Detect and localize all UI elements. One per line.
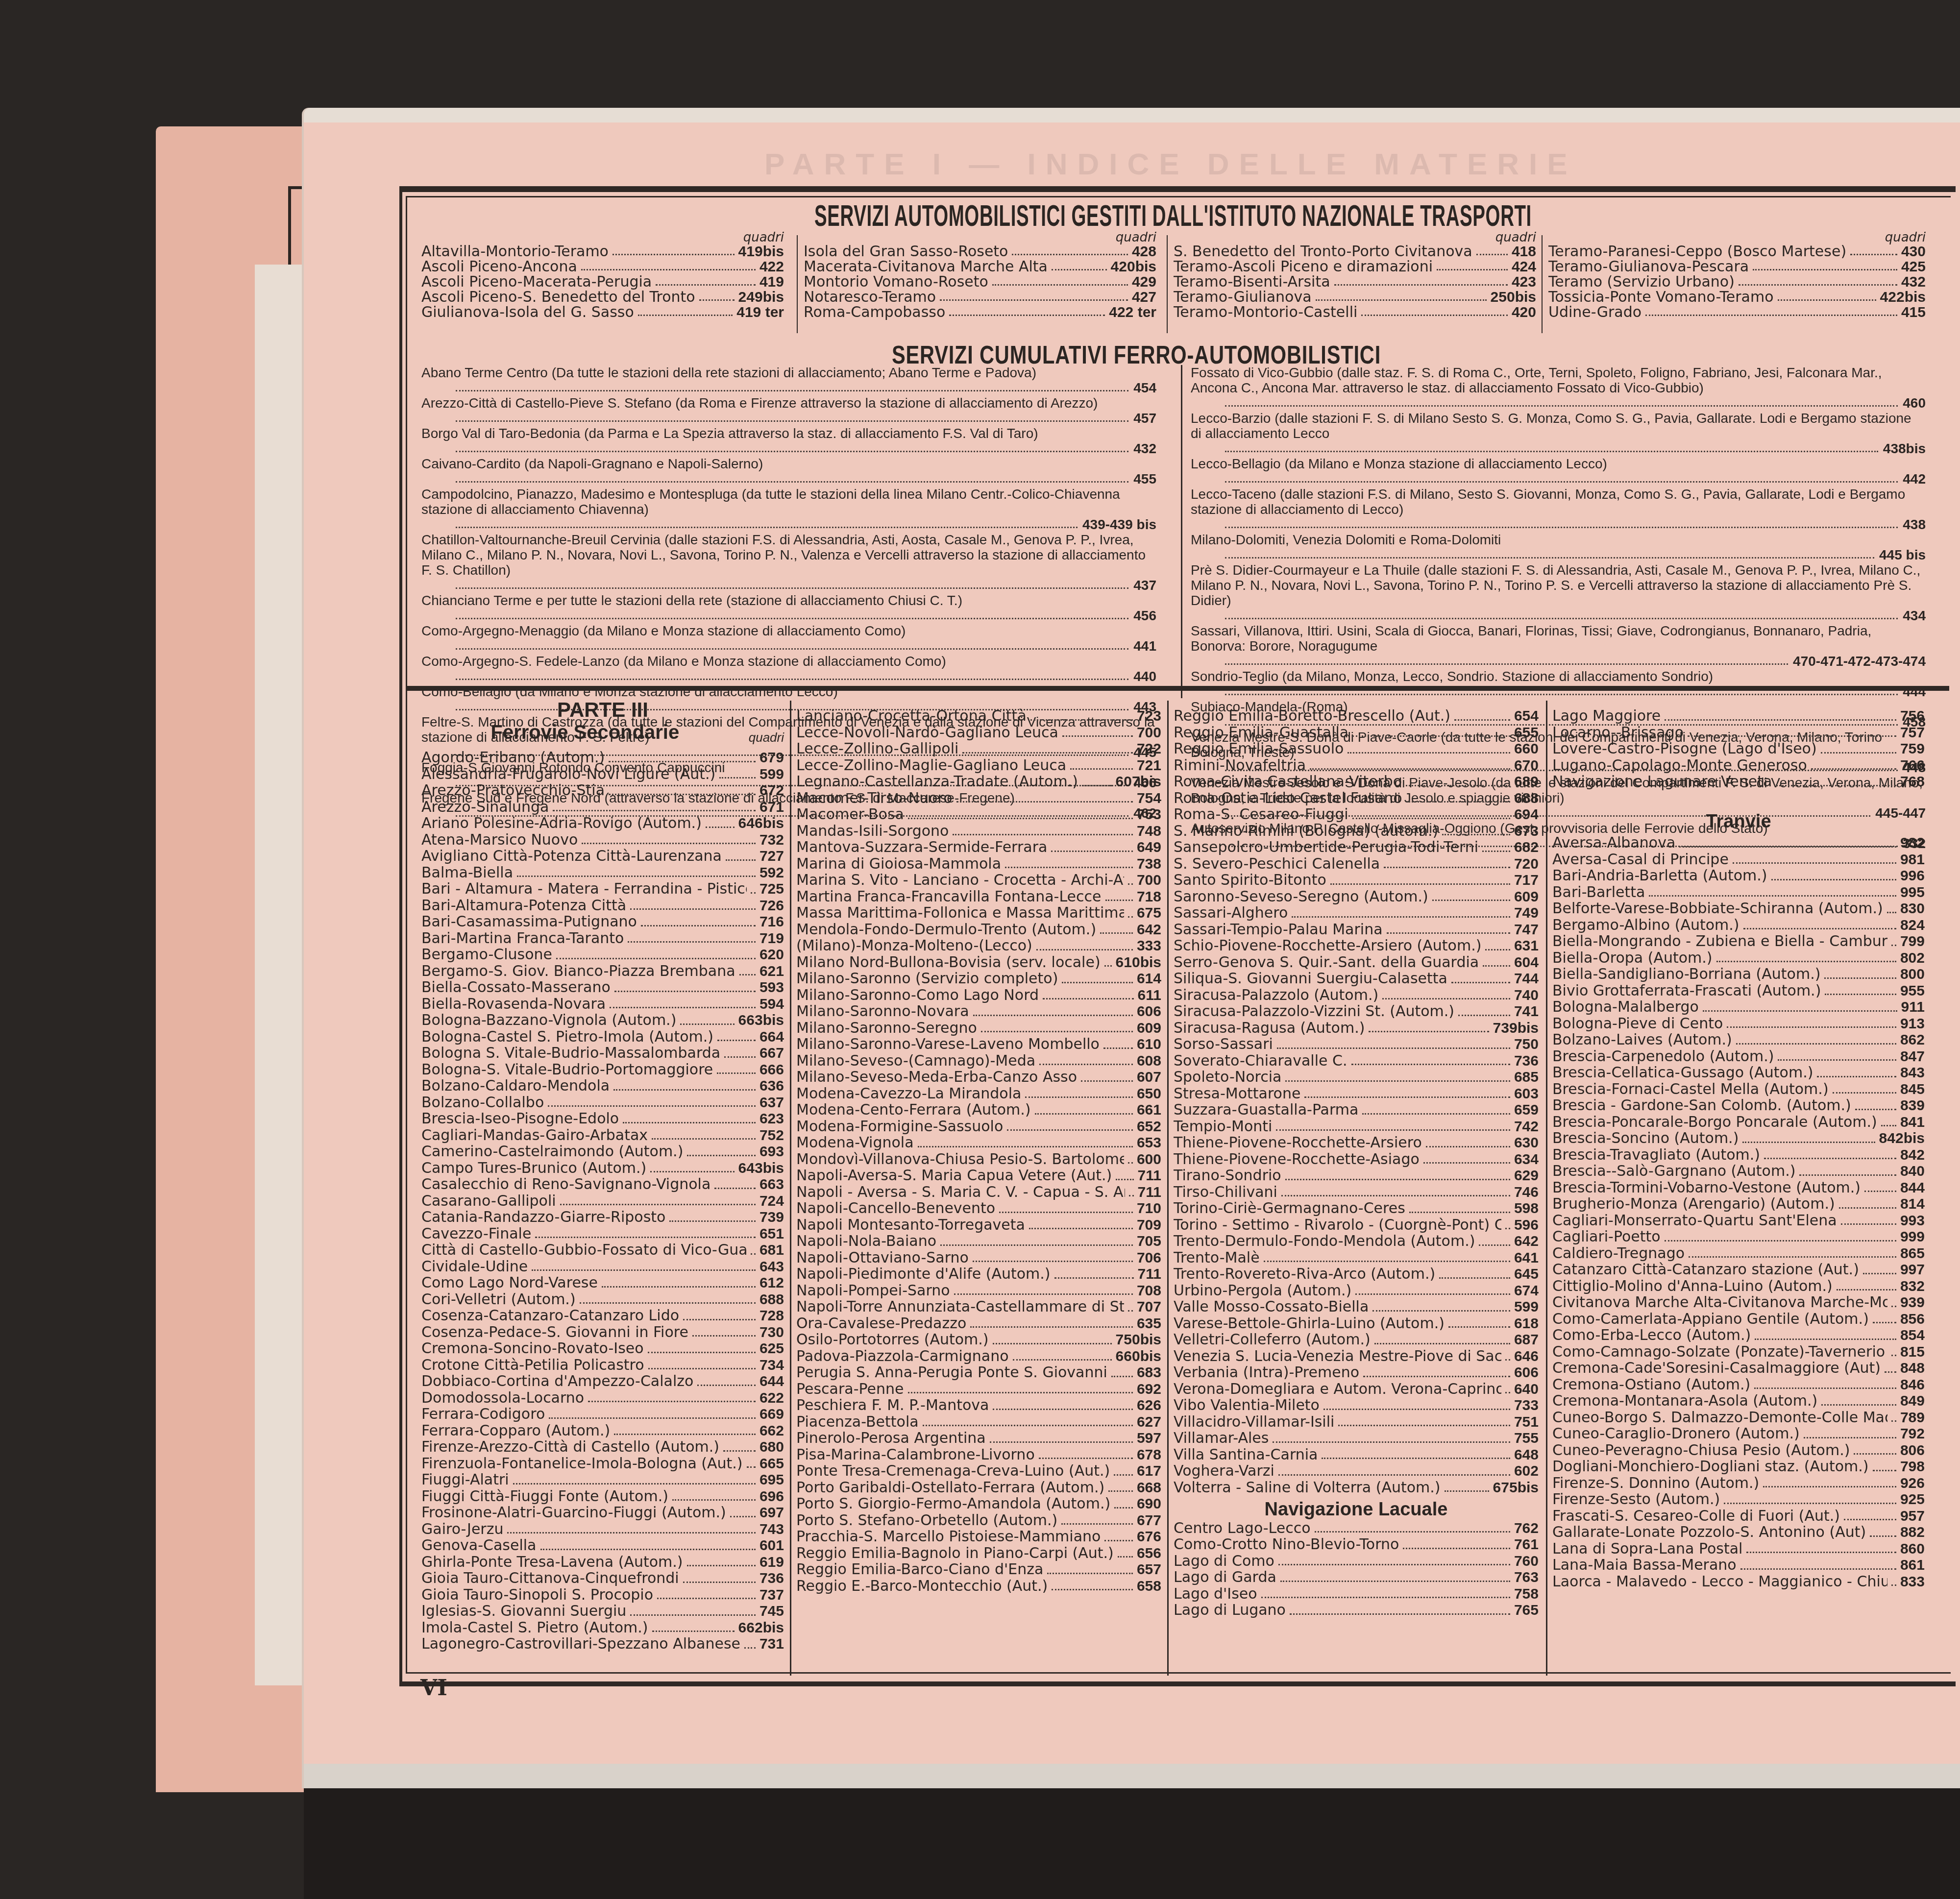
entry-quadro: 997 — [1900, 1262, 1925, 1278]
index-entry: Porto S. Stefano-Orbetello (Autom.)677 — [796, 1512, 1161, 1529]
entry-name: Siracusa-Palazzolo-Vizzini St. (Autom.) — [1174, 1003, 1454, 1020]
quadri-label: quadri — [421, 231, 784, 244]
entry-name: Volterra - Saline di Volterra (Autom.) — [1174, 1480, 1441, 1496]
index-entry: Bari-Casamassima-Putignano716 — [421, 914, 784, 930]
int-section-title: SERVIZI AUTOMOBILISTICI GESTITI DALL'IST… — [814, 198, 1532, 233]
entry-name: Macomer-Tirso-Nuoro — [796, 790, 953, 807]
index-entry: Bologna S. Vitale-Budrio-Massalombarda66… — [421, 1045, 784, 1062]
dot-leader — [507, 1532, 755, 1534]
entry-quadro: 454 — [1133, 380, 1156, 395]
dot-leader — [1081, 1080, 1133, 1082]
dot-leader — [1423, 1162, 1510, 1164]
cumulativo-entry: Lecco-Taceno (dalle stazioni F.S. di Mil… — [1191, 487, 1926, 532]
dot-leader — [1043, 998, 1134, 999]
entry-name: Sansepolcro-Umbertide-Perugia-Todi-Terni — [1174, 839, 1478, 856]
entry-name: Roma-Civita Castellana-Viterbo — [1174, 774, 1402, 790]
index-entry: Lugano-Capolago-Monte Generoso766 — [1552, 757, 1925, 774]
entry-quadro: 610bis — [1116, 954, 1161, 971]
cumulativo-name: Borgo Val di Taro-Bedonia — [421, 426, 584, 441]
entry-quadro: 656 — [1137, 1545, 1161, 1562]
page-top-edge — [304, 108, 1960, 122]
entry-name: Perugia S. Anna-Perugia Ponte S. Giovann… — [796, 1364, 1107, 1381]
entry-quadro: 682 — [1514, 839, 1539, 856]
index-entry: Piacenza-Bettola627 — [796, 1414, 1161, 1431]
entry-quadro: 706 — [1137, 1250, 1161, 1266]
entry-name: Tirso-Chilivani — [1174, 1184, 1277, 1201]
cumulativo-name: Milano-Dolomiti, Venezia Dolomiti e Roma… — [1191, 532, 1501, 547]
entry-quadro: 648 — [1514, 1447, 1539, 1463]
entry-quadro: 860 — [1900, 1541, 1925, 1558]
index-entry: Marina di Gioiosa-Mammola738 — [796, 856, 1161, 873]
entry-name: Fiuggi-Alatri — [421, 1472, 509, 1488]
cumulativo-entry: Sondrio-Teglio (da Milano, Monza, Lecco,… — [1191, 669, 1926, 699]
entry-name: Santo Spirito-Bitonto — [1174, 872, 1326, 889]
dot-leader — [1273, 1441, 1510, 1443]
entry-quadro: 707 — [1137, 1299, 1161, 1315]
entry-quadro: 711 — [1138, 1184, 1161, 1201]
dot-leader — [1128, 1162, 1133, 1164]
entry-name: Ora-Cavalese-Predazzo — [796, 1315, 966, 1332]
dot-leader — [1439, 1277, 1510, 1279]
entry-quadro: 711 — [1138, 1168, 1161, 1184]
dot-leader — [1753, 269, 1897, 270]
cumulativo-entry: Campodolcino, Pianazzo, Madesimo e Monte… — [421, 487, 1156, 532]
entry-quadro: 658 — [1137, 1578, 1161, 1595]
entry-quadro: 999 — [1900, 1229, 1925, 1245]
entry-name: Lugano-Capolago-Monte Generoso — [1552, 757, 1807, 774]
entry-name: Brescia - Gardone-San Colomb. (Autom.) — [1552, 1097, 1851, 1114]
entry-quadro: 650 — [1137, 1086, 1161, 1102]
dot-leader — [1771, 879, 1896, 880]
entry-quadro: 738 — [1137, 856, 1161, 873]
entry-quadro: 842bis — [1879, 1130, 1925, 1147]
entry-name: Cittiglio-Molino d'Anna-Luino (Autom.) — [1552, 1278, 1833, 1295]
entry-quadro: 740 — [1514, 987, 1539, 1004]
index-entry: Teramo (Servizio Urbano)432 — [1548, 274, 1926, 290]
dot-leader — [1225, 481, 1898, 483]
entry-name: Brescia-Travagliato (Autom.) — [1552, 1147, 1760, 1164]
dot-leader — [669, 1220, 756, 1222]
dot-leader — [1334, 284, 1508, 286]
entry-name: Teramo-Paranesi-Ceppo (Bosco Martese) — [1548, 244, 1846, 259]
entry-quadro: 608 — [1137, 1053, 1161, 1070]
dot-leader — [1742, 1142, 1875, 1143]
entry-name: Reggio Emilia-Boretto-Brescello (Aut.) — [1174, 708, 1450, 725]
entry-name: Teramo-Montorio-Castelli — [1174, 305, 1357, 320]
entry-quadro: 720 — [1514, 856, 1539, 873]
entry-quadro: 792 — [1900, 1426, 1925, 1442]
entry-name: Milano-Saronno-Seregno — [796, 1020, 977, 1037]
dot-leader — [1039, 1458, 1133, 1459]
entry-name: Bologna-Castel S. Pietro-Imola (Autom.) — [421, 1029, 713, 1046]
dot-leader — [1426, 1146, 1510, 1147]
cumulativo-name: Lecco-Bellagio — [1191, 456, 1284, 471]
dot-leader — [1036, 949, 1133, 950]
entry-name: Altavilla-Montorio-Teramo — [421, 244, 609, 259]
dot-leader — [918, 1146, 1133, 1147]
dot-leader — [1885, 1371, 1896, 1373]
cumulativo-text: Como-Argegno-S. Fedele-Lanzo (da Milano … — [421, 654, 946, 669]
dot-leader — [630, 908, 756, 910]
entry-name: Osilo-Portotorres (Autom.) — [796, 1332, 989, 1348]
dot-leader — [456, 618, 1128, 619]
entry-name: Centro Lago-Lecco — [1174, 1520, 1311, 1537]
index-entry: Isola del Gran Sasso-Roseto428 — [804, 244, 1156, 259]
dot-leader — [560, 1204, 756, 1205]
index-entry: (Milano)-Monza-Molteno-(Lecco)333 — [796, 938, 1161, 954]
dot-leader — [1764, 1158, 1896, 1159]
cumulativo-name: Chianciano Terme e per tutte le stazioni… — [421, 593, 726, 608]
entry-name: Catanzaro Città-Catanzaro stazione (Aut.… — [1552, 1262, 1859, 1278]
cumulativo-name: Abano Terme Centro — [421, 365, 552, 380]
dot-leader — [657, 1598, 756, 1599]
entry-quadro: 629 — [1514, 1168, 1539, 1184]
entry-quadro: 596 — [1514, 1217, 1539, 1234]
cumulativo-name: Sassari, Villanova, Ittiri. Usini, Scala… — [1191, 623, 1871, 654]
entry-quadro: 719 — [759, 930, 784, 947]
dot-leader — [992, 284, 1128, 286]
entry-name: Reggio Emilia-Guastalla — [1174, 725, 1348, 741]
dot-leader — [751, 892, 756, 894]
entry-quadro: 600 — [1137, 1151, 1161, 1168]
entry-quadro: 692 — [1137, 1381, 1161, 1398]
cumulativo-entry: Prè S. Didier-Courmayeur e La Thuile (da… — [1191, 562, 1926, 623]
entry-quadro: 708 — [1137, 1283, 1161, 1299]
index-entry: Bologna-Bazzano-Vignola (Autom.)663bis — [421, 1012, 784, 1029]
dot-leader — [548, 1105, 756, 1107]
dot-leader — [1776, 785, 1896, 786]
dot-leader — [456, 420, 1128, 422]
index-entry: Lago Maggiore756 — [1552, 708, 1925, 725]
entry-name: Lana di Sopra-Lana Postal — [1552, 1541, 1742, 1558]
entry-name: Napoli-Aversa-S. Maria Capua Vetere (Aut… — [796, 1168, 1112, 1184]
entry-name: Bolzano-Caldaro-Mendola — [421, 1078, 610, 1095]
cumulativo-entry: Abano Terme Centro (Da tutte le stazioni… — [421, 365, 1156, 395]
entry-quadro: 607 — [1137, 1069, 1161, 1086]
index-entry: Napoli-Piedimonte d'Alife (Autom.)711 — [796, 1266, 1161, 1283]
entry-name: Tempio-Monti — [1174, 1119, 1272, 1135]
dot-leader — [1824, 977, 1896, 979]
dot-leader — [1716, 961, 1896, 962]
entry-name: S. Marino-Rimini (Bologna) (autom.) — [1174, 823, 1438, 840]
entry-name: Lagonegro-Castrovillari-Spezzano Albanes… — [421, 1636, 740, 1653]
entry-name: Rimini-Novafeltria — [1174, 757, 1306, 774]
index-entry: Bari-Andria-Barletta (Autom.)996 — [1552, 868, 1925, 884]
dot-leader — [697, 1385, 756, 1386]
index-entry: Brescia-Cellatica-Gussago (Autom.)843 — [1552, 1065, 1925, 1081]
dot-leader — [535, 1237, 756, 1238]
dot-leader — [1278, 1474, 1510, 1476]
entry-quadro: 676 — [1137, 1529, 1161, 1545]
entry-name: Biella-Mongrando - Zubiena e Biella - Ca… — [1552, 933, 1887, 950]
entry-quadro: 599 — [1514, 1299, 1539, 1315]
entry-name: Urbino-Pergola (Autom.) — [1174, 1283, 1351, 1299]
entry-name: Porto S. Giorgio-Fermo-Amandola (Autom.) — [796, 1496, 1110, 1512]
index-entry: Santo Spirito-Bitonto717 — [1174, 872, 1539, 889]
cumulativo-entry: Caivano-Cardito (da Napoli-Gragnano e Na… — [421, 456, 1156, 487]
index-entry: Bari-Martina Franca-Taranto719 — [421, 930, 784, 947]
entry-quadro: 761 — [1514, 1536, 1539, 1553]
dot-leader — [723, 1450, 756, 1452]
entry-name: Macomer-Bosa — [796, 806, 904, 823]
dot-leader — [1483, 965, 1510, 967]
entry-quadro: 839 — [1900, 1097, 1925, 1114]
entry-quadro: 830 — [1900, 901, 1925, 917]
dot-leader — [1432, 900, 1510, 901]
dot-leader — [1891, 1584, 1896, 1586]
dot-leader — [1285, 1080, 1510, 1082]
entry-name: Como Lago Nord-Varese — [421, 1275, 598, 1291]
dot-leader — [1437, 269, 1508, 270]
entry-name: Napoli-Piedimonte d'Alife (Autom.) — [796, 1266, 1051, 1283]
index-entry: Bologna-Malalbergo911 — [1552, 999, 1925, 1016]
parte3-col3: Reggio Emilia-Boretto-Brescello (Aut.)65… — [1174, 708, 1539, 1619]
entry-name: Ponte Tresa-Cremenaga-Creva-Luino (Aut.) — [796, 1463, 1110, 1480]
index-entry: Bologna-Pieve di Cento913 — [1552, 1016, 1925, 1032]
cumulativo-tail: 438bis — [1191, 441, 1926, 456]
entry-name: Balma-Biella — [421, 865, 513, 881]
dot-leader — [1372, 1310, 1510, 1312]
cumulativo-name: Lecco-Barzio — [1191, 411, 1274, 426]
entry-quadro: 726 — [759, 898, 784, 914]
entry-quadro: 854 — [1900, 1327, 1925, 1344]
index-entry: Siracusa-Ragusa (Autom.)739bis — [1174, 1020, 1539, 1037]
entry-quadro: 415 — [1901, 305, 1926, 320]
index-entry: Teramo-Ascoli Piceno e diramazioni424 — [1174, 259, 1536, 274]
dot-leader — [609, 761, 756, 762]
dot-leader — [1351, 1064, 1510, 1065]
int-column: quadriTeramo-Paranesi-Ceppo (Bosco Marte… — [1548, 231, 1926, 320]
entry-name: Pracchia-S. Marcello Pistoiese-Mammiano — [796, 1529, 1101, 1545]
index-entry: Siracusa-Palazzolo (Autom.)740 — [1174, 987, 1539, 1004]
entry-quadro: 926 — [1900, 1475, 1925, 1492]
entry-quadro: 840 — [1900, 1163, 1925, 1180]
dot-leader — [1445, 1490, 1489, 1492]
entry-name: Marina S. Vito - Lanciano - Crocetta - A… — [796, 872, 1124, 889]
index-entry: Camerino-Castelraimondo (Autom.)693 — [421, 1144, 784, 1160]
index-entry: Macomer-Bosa753 — [796, 806, 1161, 823]
index-entry: Peschiera F. M. P.-Mantova626 — [796, 1397, 1161, 1414]
entry-name: Cuneo-Borgo S. Dalmazzo-Demonte-Colle Ma… — [1552, 1410, 1887, 1426]
entry-quadro: 981 — [1900, 852, 1925, 868]
entry-name: Milano-Saronno (Servizio completo) — [796, 971, 1058, 987]
entry-name: Lana-Maia Bassa-Merano — [1552, 1557, 1737, 1574]
index-entry: Velletri-Colleferro (Autom.)687 — [1174, 1332, 1539, 1348]
entry-quadro: 670 — [1514, 757, 1539, 774]
index-entry: Pisa-Marina-Calambrone-Livorno678 — [796, 1447, 1161, 1463]
entry-name: Pisa-Marina-Calambrone-Livorno — [796, 1447, 1035, 1463]
dot-leader — [1304, 1096, 1510, 1098]
index-entry: Montorio Vomano-Roseto429 — [804, 274, 1156, 290]
dot-leader — [1361, 315, 1508, 316]
bleed-through-header: PARTE I — INDICE DELLE MATERIE — [764, 147, 1577, 182]
dot-leader — [1817, 1076, 1896, 1077]
dot-leader — [456, 451, 1128, 452]
entry-quadro: 756 — [1900, 708, 1925, 725]
index-entry: Varese-Bettole-Ghirla-Luino (Autom.)618 — [1174, 1315, 1539, 1332]
dot-leader — [1743, 928, 1896, 929]
dot-leader — [973, 1015, 1133, 1016]
entry-quadro: 669 — [759, 1406, 784, 1423]
entry-name: Ascoli Piceno-Macerata-Perugia — [421, 274, 652, 290]
cumulativo-tail: 456 — [421, 608, 1156, 623]
cumulativo-tail: 441 — [421, 638, 1156, 654]
entry-name: Milano-Seveso-Meda-Erba-Canzo Asso — [796, 1069, 1077, 1086]
index-entry: Napoli-Nola-Baiano705 — [796, 1233, 1161, 1250]
dot-leader — [1029, 1228, 1133, 1229]
entry-quadro: 603 — [1514, 1086, 1539, 1102]
entry-quadro: 833 — [1900, 1574, 1925, 1590]
entry-quadro: 663bis — [738, 1012, 784, 1029]
dot-leader — [456, 527, 1078, 528]
index-entry: Marina S. Vito - Lanciano - Crocetta - A… — [796, 872, 1161, 889]
entry-name: Alessandria-Frugarolo-Novi Ligure (Aut.) — [421, 766, 715, 783]
entry-name: Ariano Polesine-Adria-Rovigo (Autom.) — [421, 815, 702, 832]
entry-quadro: 711 — [1138, 1266, 1161, 1283]
entry-name: Firenze-S. Donnino (Autom.) — [1552, 1475, 1759, 1492]
entry-quadro: 611 — [1138, 987, 1161, 1004]
entry-quadro: 798 — [1900, 1459, 1925, 1475]
index-entry: Trento-Rovereto-Riva-Arco (Autom.)645 — [1174, 1266, 1539, 1283]
dot-leader — [1225, 527, 1898, 528]
cumulativo-text: Fossato di Vico-Gubbio (dalle staz. F. S… — [1191, 365, 1882, 395]
index-entry: Vibo Valentia-Mileto733 — [1174, 1397, 1539, 1414]
entry-quadro: 696 — [759, 1488, 784, 1505]
dot-leader — [581, 269, 756, 270]
index-entry: Cagliari-Monserrato-Quartu Sant'Elena993 — [1552, 1213, 1925, 1229]
entry-name: Stresa-Mottarone — [1174, 1086, 1300, 1102]
entry-quadro: 766 — [1900, 757, 1925, 774]
index-entry: Brescia - Gardone-San Colomb. (Autom.)83… — [1552, 1097, 1925, 1114]
entry-name: Imola-Castel S. Pietro (Autom.) — [421, 1620, 648, 1636]
dot-leader — [949, 315, 1105, 316]
index-entry: Cosenza-Pedace-S. Giovanni in Fiore730 — [421, 1324, 784, 1341]
entry-quadro: 609 — [1514, 889, 1539, 905]
index-entry: Lago di Como760 — [1174, 1553, 1539, 1570]
entry-name: Cavezzo-Finale — [421, 1226, 531, 1242]
cumulativo-name: Campodolcino, Pianazzo, Madesimo e Monte… — [421, 487, 742, 502]
entry-name: Siracusa-Ragusa (Autom.) — [1174, 1020, 1365, 1037]
index-entry: Modena-Cento-Ferrara (Autom.)661 — [796, 1102, 1161, 1119]
entry-quadro: 425 — [1901, 259, 1926, 274]
dot-leader — [1451, 982, 1510, 983]
dot-leader — [730, 1516, 756, 1517]
entry-quadro: 419bis — [738, 244, 784, 259]
index-entry: Biella-Rovasenda-Novara594 — [421, 996, 784, 1013]
index-entry: Modena-Formigine-Sassuolo652 — [796, 1119, 1161, 1135]
index-entry: Bergamo-Clusone620 — [421, 947, 784, 963]
cumulativo-tail: 437 — [421, 578, 1156, 593]
entry-quadro: 733 — [1514, 1397, 1539, 1414]
dot-leader — [1352, 735, 1510, 737]
dot-leader — [1276, 1129, 1510, 1131]
dot-leader — [1403, 1548, 1510, 1549]
entry-quadro: 654 — [1514, 708, 1539, 725]
entry-quadro: 620 — [759, 947, 784, 963]
index-entry: Avigliano Città-Potenza Città-Laurenzana… — [421, 848, 784, 865]
dot-leader — [1763, 1486, 1896, 1487]
section-rule — [406, 686, 1949, 691]
index-entry: Milano-Seveso-Meda-Erba-Canzo Asso607 — [796, 1069, 1161, 1086]
entry-name: Thiene-Piovene-Rocchette-Arsiero — [1174, 1135, 1422, 1151]
entry-name: Genova-Casella — [421, 1537, 537, 1554]
entry-name: Lago d'Iseo — [1174, 1586, 1257, 1603]
index-entry: Milano-Saronno (Servizio completo)614 — [796, 971, 1161, 987]
index-entry: Casarano-Gallipoli724 — [421, 1193, 784, 1210]
dot-leader — [1225, 694, 1898, 695]
index-entry: Milano-Saronno-Seregno609 — [796, 1020, 1161, 1037]
entry-quadro: 625 — [759, 1340, 784, 1357]
dot-leader — [1362, 1113, 1510, 1115]
index-entry: Catania-Randazzo-Giarre-Riposto739 — [421, 1209, 784, 1226]
entry-quadro: 856 — [1900, 1311, 1925, 1328]
quadri-label: quadri — [749, 731, 784, 744]
index-entry: Lecce-Novoli-Nardò-Gagliano Leuca700 — [796, 725, 1161, 741]
dot-leader — [1052, 1589, 1133, 1590]
entry-quadro: 422 ter — [1109, 305, 1156, 320]
entry-quadro: 619 — [759, 1554, 784, 1571]
dot-leader — [648, 1368, 756, 1369]
entry-name: Arezzo-Pratovecchio-Stia — [421, 782, 605, 799]
index-entry: Alessandria-Frugarolo-Novi Ligure (Aut.)… — [421, 766, 784, 783]
index-entry: Martina Franca-Francavilla Fontana-Lecce… — [796, 889, 1161, 905]
dot-leader — [1891, 945, 1896, 946]
entry-quadro: 882 — [1900, 1524, 1925, 1541]
entry-name: Saronno-Seveso-Seregno (Autom.) — [1174, 889, 1428, 905]
entry-name: Biella-Sandigliano-Borriana (Autom.) — [1552, 966, 1820, 983]
entry-name: Locarno--Brissago — [1552, 725, 1684, 741]
entry-name: Marina di Gioiosa-Mammola — [796, 856, 1001, 873]
dot-leader — [1277, 1047, 1510, 1049]
entry-quadro: 429 — [1132, 274, 1156, 290]
entry-name: Biella-Cossato-Masserano — [421, 979, 611, 996]
entry-quadro: 765 — [1514, 1602, 1539, 1619]
index-entry: Centro Lago-Lecco762 — [1174, 1520, 1539, 1537]
entry-name: Como-Erba-Lecco (Autom.) — [1552, 1327, 1751, 1344]
index-entry: Como-Camerlata-Appiano Gentile (Autom.)8… — [1552, 1311, 1925, 1328]
entry-name: Biella-Rovasenda-Novara — [421, 996, 606, 1013]
entry-quadro: 420 — [1512, 305, 1536, 320]
dot-leader — [623, 1122, 756, 1123]
entry-quadro: 752 — [759, 1127, 784, 1144]
dot-leader — [1505, 1228, 1510, 1229]
entry-quadro: 845 — [1900, 1081, 1925, 1098]
entry-quadro: 626 — [1137, 1397, 1161, 1414]
entry-name: Napoli-Pompei-Sarno — [796, 1283, 950, 1299]
index-entry: Reggio Emilia-Guastalla655 — [1174, 725, 1539, 741]
index-entry: Napoli-Ottaviano-Sarno706 — [796, 1250, 1161, 1266]
entry-name: Cori-Velletri (Autom.) — [421, 1291, 576, 1308]
entry-quadro: 679 — [759, 750, 784, 766]
entry-quadro: 745 — [759, 1603, 784, 1620]
index-entry: Pracchia-S. Marcello Pistoiese-Mammiano6… — [796, 1529, 1161, 1545]
entry-name: Catania-Randazzo-Giarre-Riposto — [421, 1209, 665, 1226]
index-entry: S. Marino-Rimini (Bologna) (autom.)673 — [1174, 823, 1539, 840]
ferrovie-secondarie-heading: Ferrovie Secondarie — [421, 722, 749, 744]
dot-leader — [1873, 1322, 1896, 1323]
cumulativo-text: Lecco-Barzio (dalle stazioni F. S. di Mi… — [1191, 411, 1911, 441]
entry-quadro: 736 — [1514, 1053, 1539, 1070]
entry-name: Porto S. Stefano-Orbetello (Autom.) — [796, 1512, 1057, 1529]
entry-quadro: 717 — [1514, 872, 1539, 889]
dot-leader — [1355, 1293, 1510, 1295]
dot-leader — [1409, 1212, 1510, 1213]
entry-quadro: 849 — [1900, 1393, 1925, 1410]
entry-name: S. Severo-Peschici Calenella — [1174, 856, 1380, 873]
dot-leader — [582, 843, 756, 844]
entry-name: Valle Mosso-Cossato-Biella — [1174, 1299, 1369, 1315]
index-entry: Teramo-Montorio-Castelli420 — [1174, 305, 1536, 320]
